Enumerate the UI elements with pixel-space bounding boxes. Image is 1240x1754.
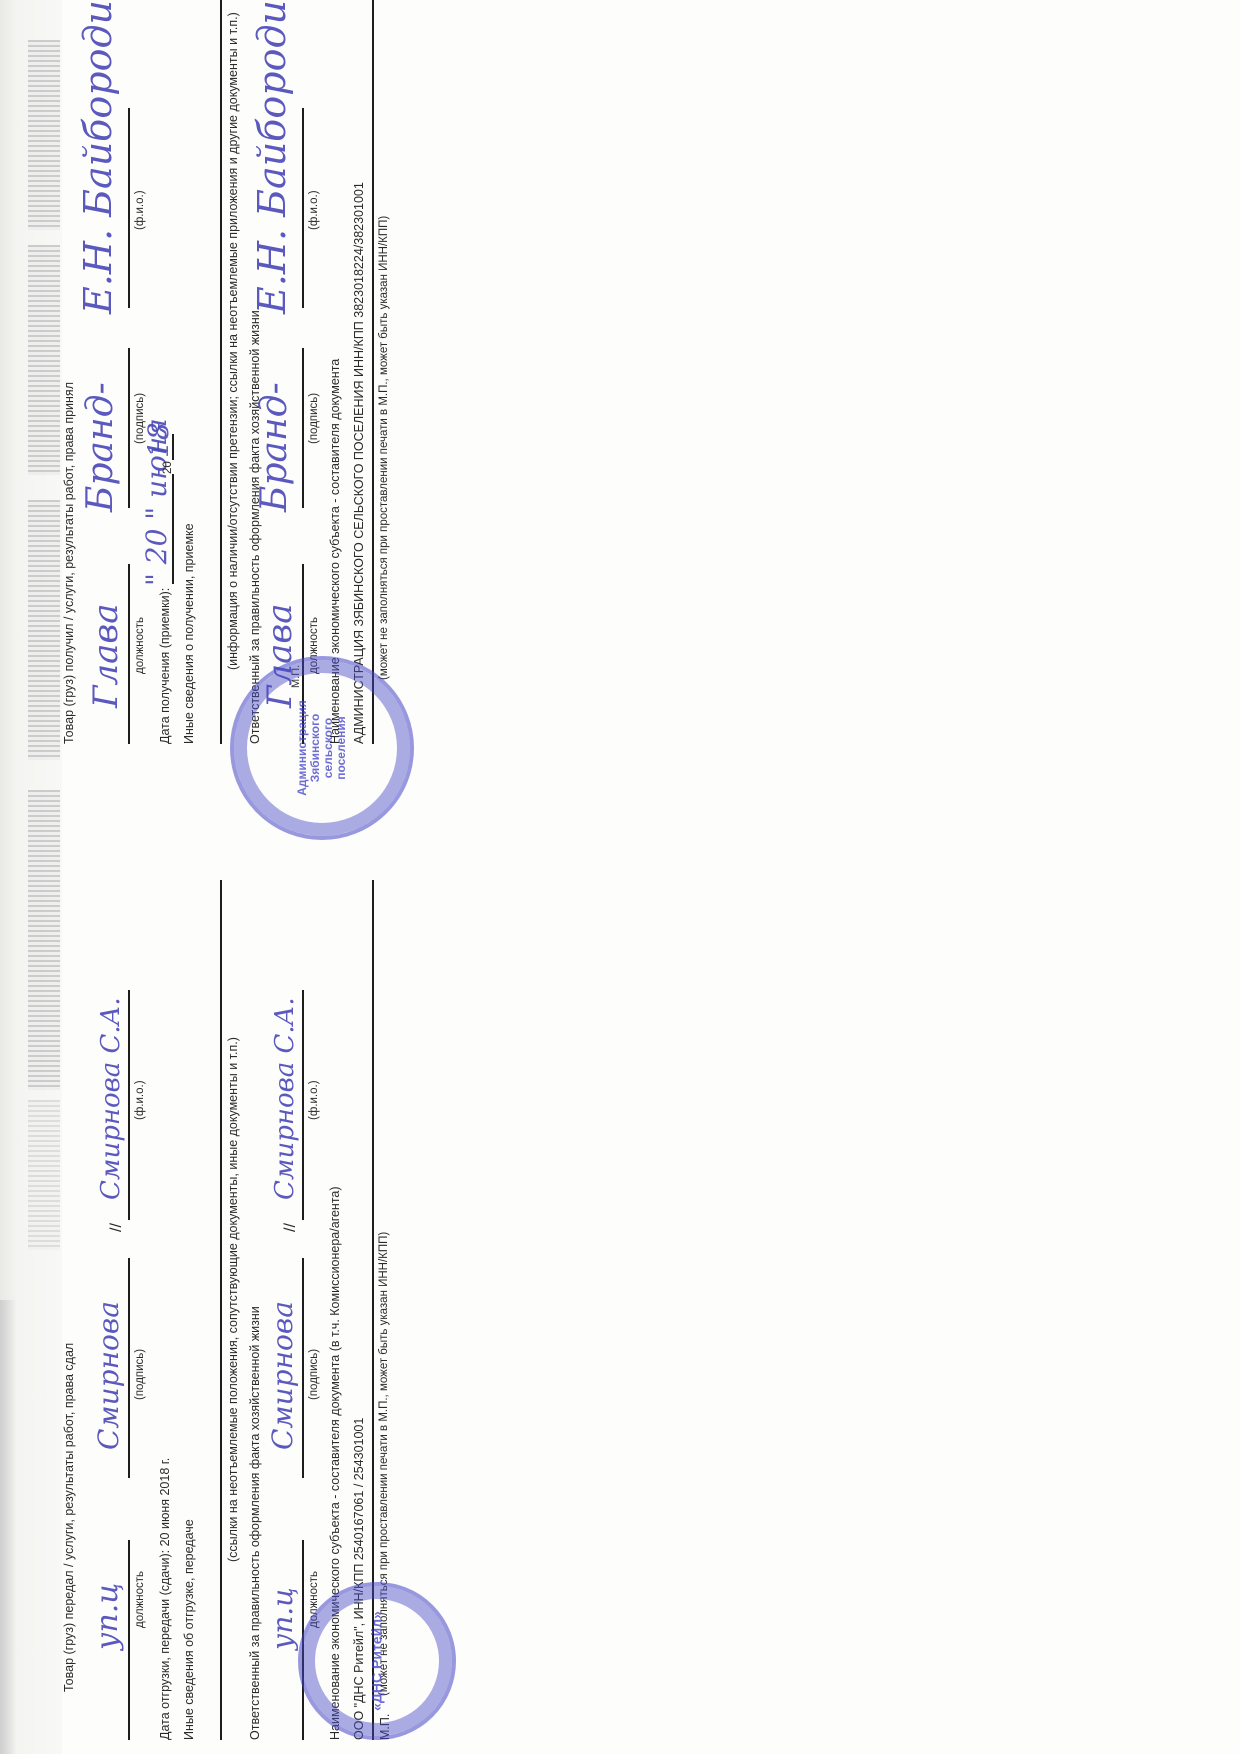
seller-other-info-line	[220, 880, 222, 1740]
seller-company-stamp: «ДНС Ритейл»	[298, 1582, 456, 1740]
buyer-other-info-line	[220, 0, 222, 744]
quote-mark: //	[282, 1223, 300, 1232]
seller-other-info-label: Иные сведения об отгрузке, передаче	[182, 1519, 196, 1740]
buyer-other-info-caption: (информация о наличии/отсутствии претенз…	[226, 12, 240, 670]
buyer-fio-line	[128, 108, 130, 308]
buyer-position-caption: должность	[134, 617, 146, 674]
seller-fio-caption: (ф.и.о.)	[134, 1080, 146, 1120]
seller-other-info-caption: (ссылки на неотъемлемые положения, сопут…	[226, 1037, 240, 1562]
seller-fio-handwriting: Смирнова С.А.	[96, 997, 126, 1200]
buyer-responsible-fio-line	[302, 108, 304, 308]
buyer-block: Товар (груз) получил / услуги, результат…	[62, 0, 402, 744]
seller-responsible-signature: Смирнова	[266, 1301, 299, 1450]
buyer-receipt-date-label: Дата получения (приемки):	[158, 588, 172, 744]
seller-position-handwriting: уп.ц	[90, 1583, 125, 1650]
seller-responsible-label: Ответственный за правильность оформления…	[248, 1306, 262, 1740]
buyer-year-line	[172, 434, 174, 460]
buyer-year-handwriting: 18	[142, 422, 175, 458]
seller-position-caption: должность	[134, 1571, 146, 1628]
buyer-fio-handwriting: Е.Н. Байбородина	[76, 0, 120, 314]
seller-responsible-signature-line	[302, 1258, 304, 1478]
buyer-stamp-note: (может не заполняться при проставлении п…	[378, 216, 390, 680]
buyer-position-handwriting: Глава	[86, 604, 126, 709]
seller-fio-line	[128, 990, 130, 1220]
seller-signature-caption: (подпись)	[134, 1349, 146, 1400]
buyer-responsible-fio-handwriting: Е.Н. Байбородина	[250, 0, 294, 314]
seller-responsible-fio-handwriting: Смирнова С.А.	[270, 997, 300, 1200]
seller-responsible-fio-caption: (ф.и.о.)	[308, 1080, 320, 1120]
seller-signature: Смирнова	[92, 1301, 125, 1450]
buyer-signature-line	[128, 348, 130, 508]
document-sheet: Товар (груз) передал / услуги, результат…	[0, 0, 1240, 1754]
seller-responsible-position-handwriting: уп.ц	[266, 1587, 299, 1650]
buyer-entity-line	[372, 0, 374, 744]
buyer-responsible-signature-caption: (подпись)	[308, 393, 320, 444]
buyer-year-prefix: 20	[162, 461, 174, 474]
buyer-heading: Товар (груз) получил / услуги, результат…	[62, 382, 76, 744]
buyer-position-line	[128, 564, 130, 744]
buyer-responsible-signature: Бранд-	[254, 382, 295, 512]
quote-mark: //	[108, 1223, 126, 1232]
buyer-fio-caption: (ф.и.о.)	[134, 190, 146, 230]
buyer-stamp-center-text: Администрация Зябинского сельского посел…	[296, 698, 348, 798]
seller-responsible-fio-line	[302, 990, 304, 1220]
buyer-responsible-fio-caption: (ф.и.о.)	[308, 190, 320, 230]
buyer-entity-value: АДМИНИСТРАЦИЯ ЗЯБИНСКОГО СЕЛЬСКОГО ПОСЕЛ…	[352, 182, 366, 744]
seller-block: Товар (груз) передал / услуги, результат…	[62, 880, 402, 1740]
buyer-municipal-stamp: Администрация Зябинского сельского посел…	[230, 656, 414, 840]
buyer-signature: Бранд-	[80, 382, 121, 512]
seller-heading: Товар (груз) передал / услуги, результат…	[62, 1343, 76, 1692]
seller-shipment-date: Дата отгрузки, передачи (сдачи): 20 июня…	[158, 1458, 172, 1740]
seller-responsible-signature-caption: (подпись)	[308, 1349, 320, 1400]
buyer-date-line	[172, 474, 174, 584]
seller-signature-line	[128, 1258, 130, 1478]
buyer-other-info-label: Иные сведения о получении, приемке	[182, 523, 196, 744]
seller-position-line	[128, 1540, 130, 1740]
buyer-responsible-signature-line	[302, 348, 304, 508]
seller-stamp-center-text: «ДНС Ритейл»	[370, 1611, 385, 1711]
